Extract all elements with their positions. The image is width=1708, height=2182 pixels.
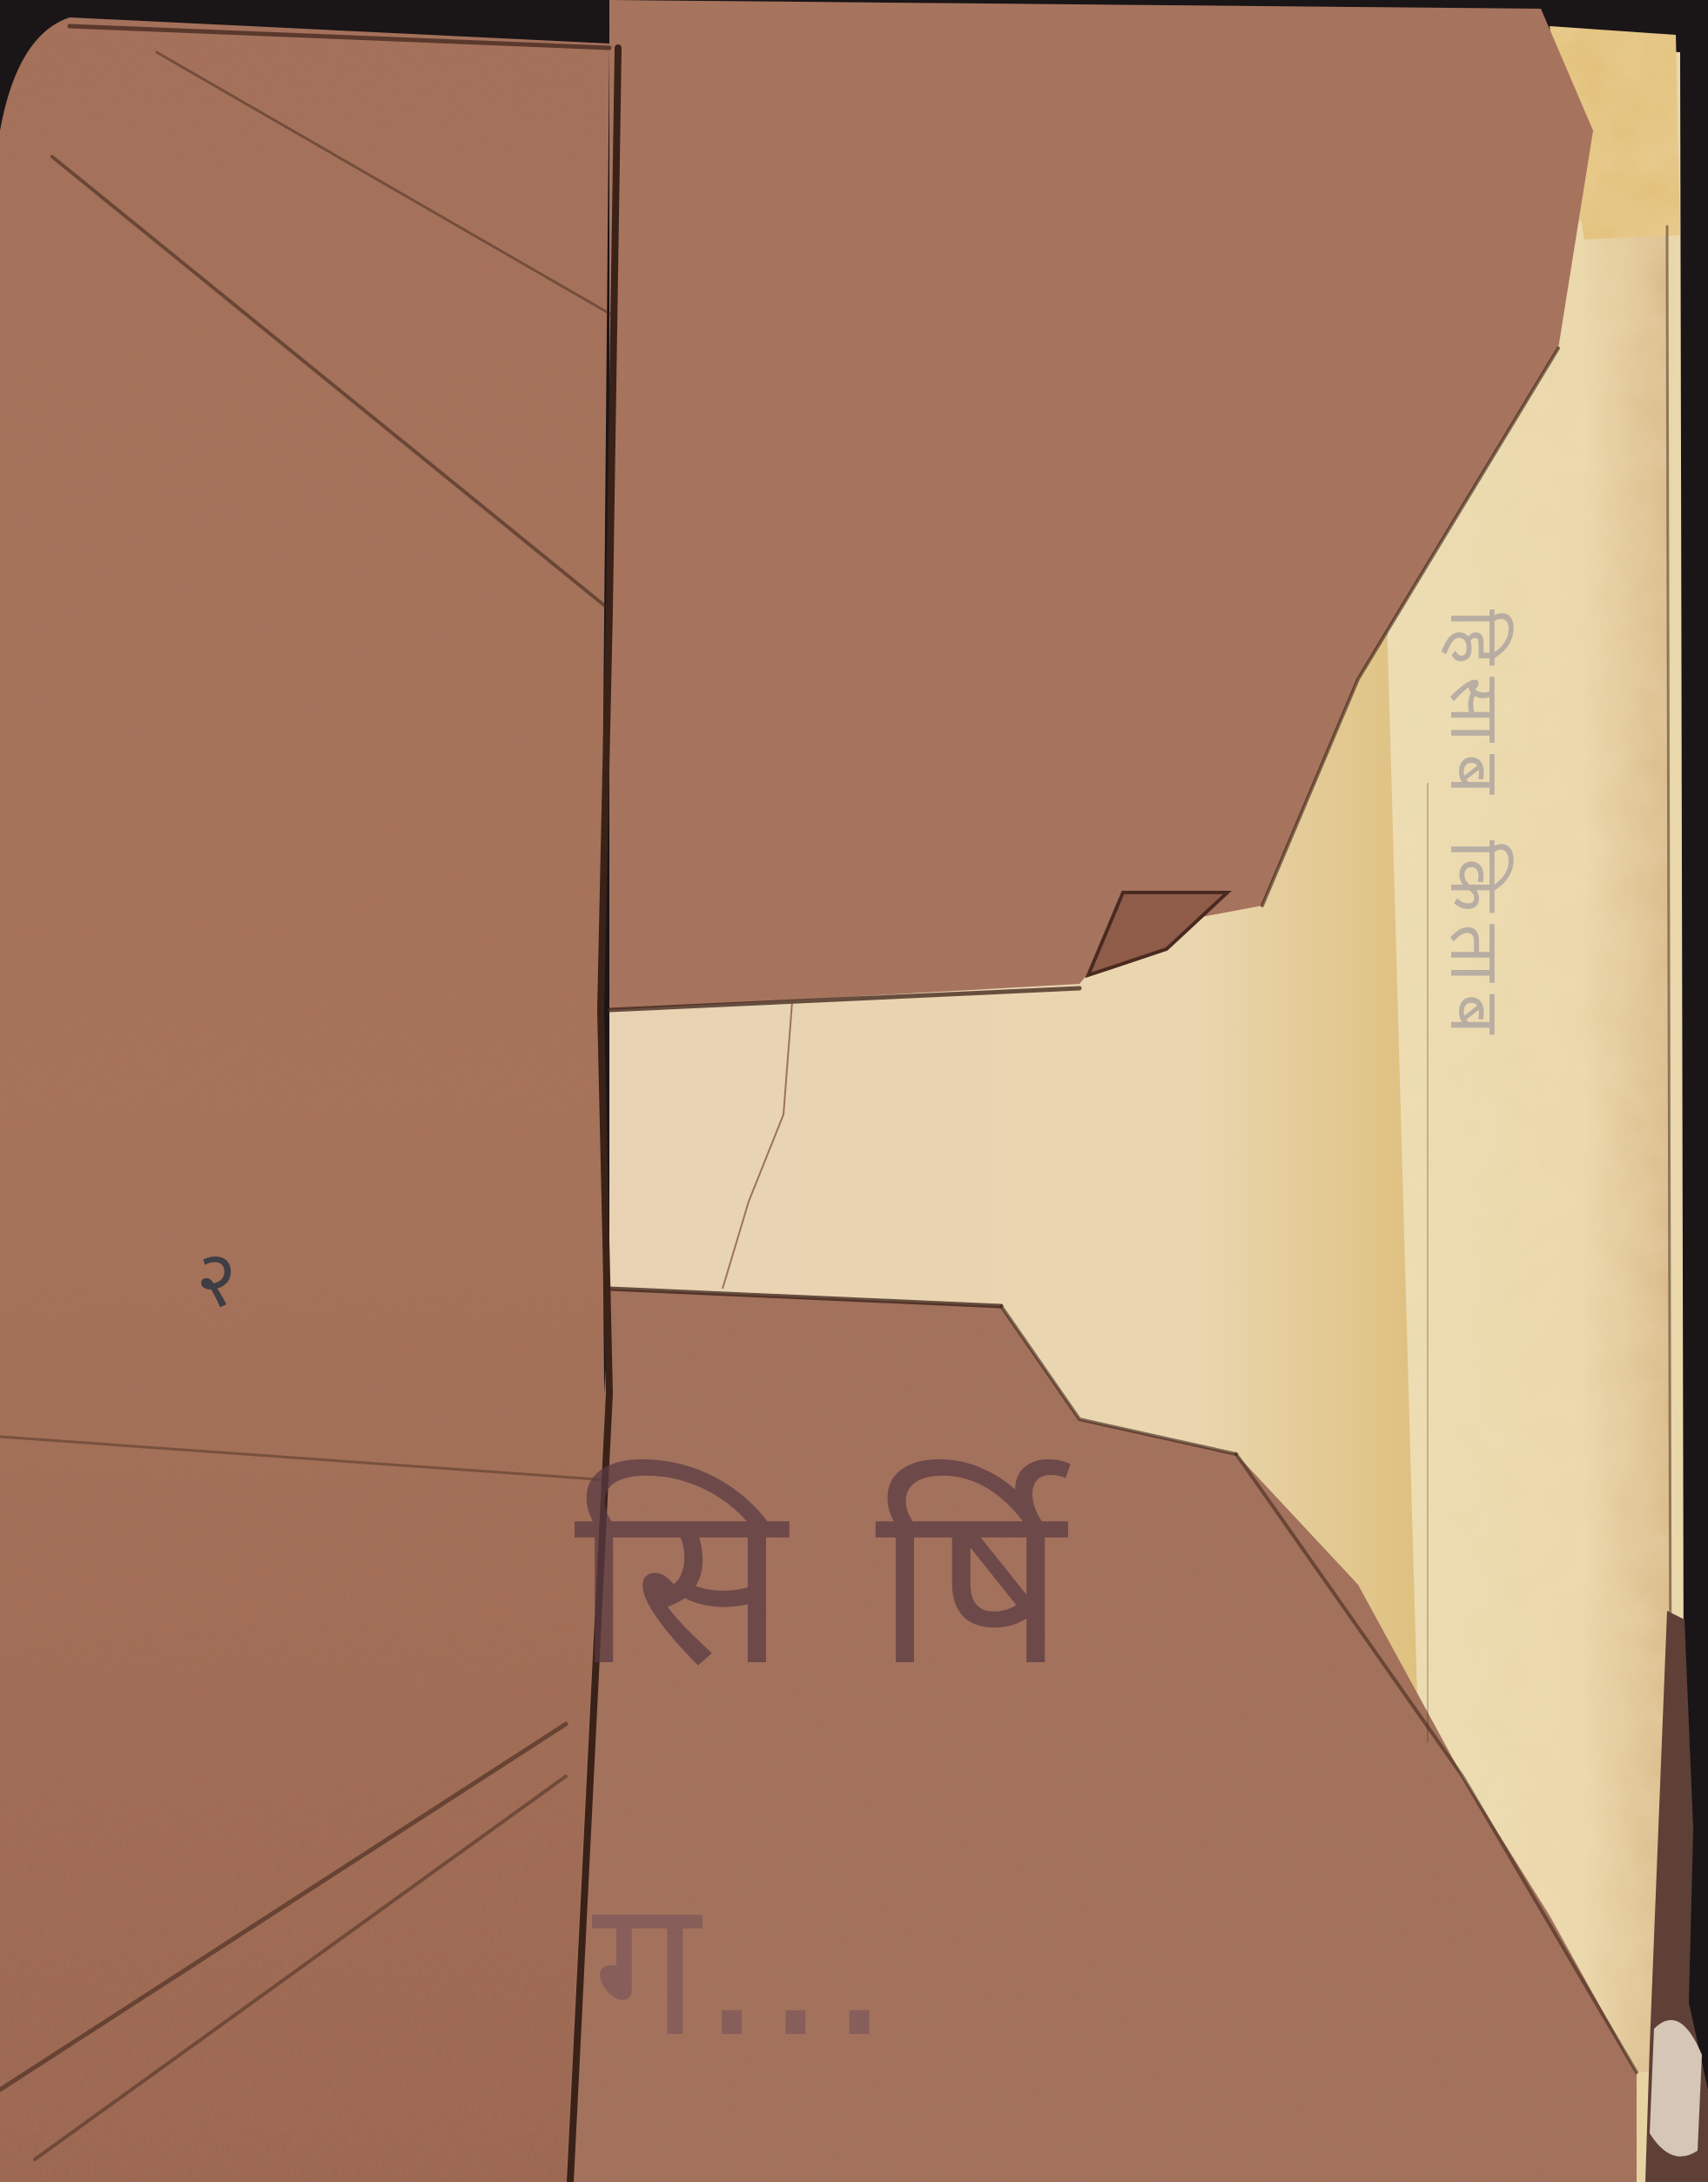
manuscript-cover-photo: सि र्षि ग… २ हिसाब किताब — [0, 0, 1708, 2182]
cover-artwork — [0, 0, 1708, 2182]
pencil-inscription-strip: हिसाब किताब — [1428, 609, 1523, 1046]
